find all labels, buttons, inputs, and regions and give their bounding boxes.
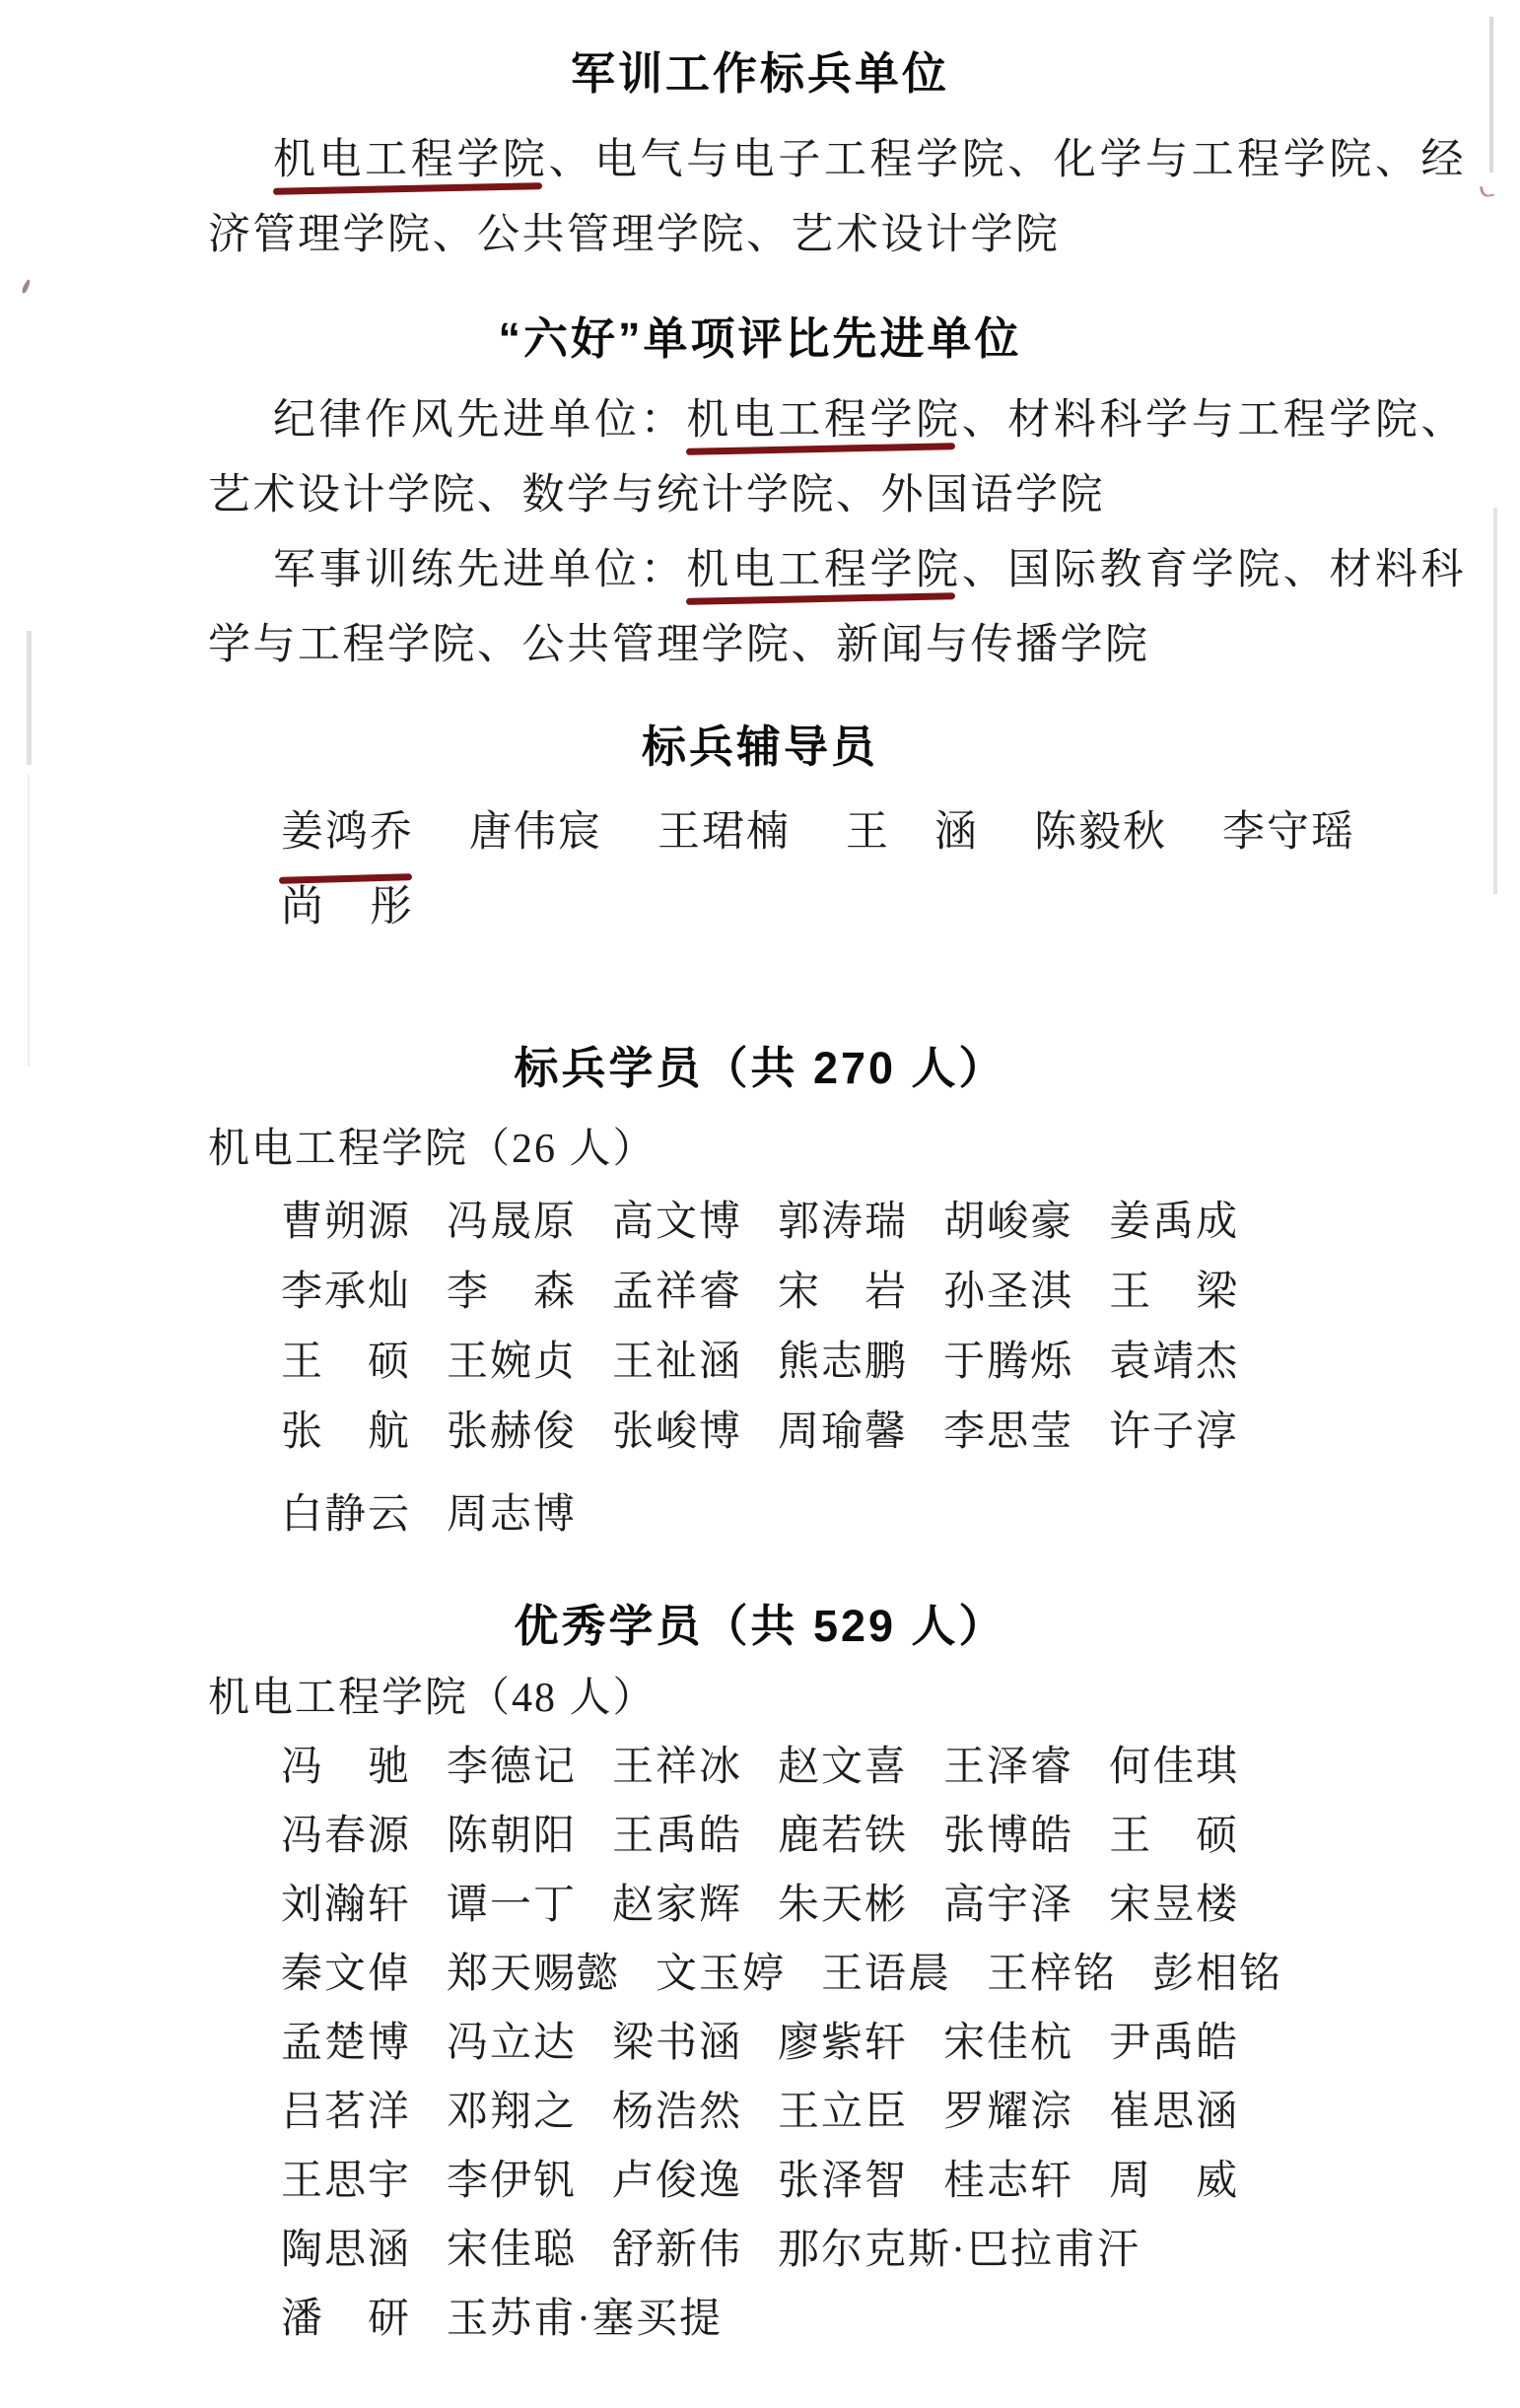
student-name: 那尔克斯·巴拉甫汗	[778, 2216, 1140, 2285]
section-title-excellent-students: 优秀学员（共 529 人）	[0, 1592, 1520, 1661]
college-heading-model: 机电工程学院（26 人）	[208, 1115, 1466, 1184]
counselor-name-underlined: 姜鸿乔	[281, 795, 414, 870]
underlined-college-2: 机电工程学院	[686, 397, 961, 444]
student-row: 刘瀚轩谭一丁赵家辉朱天彬高宇泽宋昱楼	[281, 1871, 1466, 1940]
student-row: 冯 驰李德记王祥冰赵文喜王泽睿何佳琪	[281, 1733, 1466, 1802]
student-name: 周 威	[1109, 2147, 1239, 2216]
student-name: 孙圣淇	[943, 1258, 1073, 1328]
counselor-row: 姜鸿乔 唐伟宸王珺楠王 涵陈毅秋李守瑶	[281, 795, 1466, 870]
student-name: 张赫俊	[447, 1398, 577, 1468]
student-name: 赵文喜	[778, 1733, 908, 1802]
counselor-row: 尚 彤	[281, 870, 1466, 945]
student-name: 赵家辉	[612, 1871, 742, 1940]
student-name: 张博皓	[943, 1802, 1073, 1871]
student-name: 白静云	[281, 1480, 411, 1549]
student-name: 卢俊逸	[612, 2147, 742, 2216]
counselor-list: 姜鸿乔 唐伟宸王珺楠王 涵陈毅秋李守瑶 尚 彤	[0, 795, 1520, 945]
student-row: 王思宇李伊钒卢俊逸张泽智桂志轩周 威	[281, 2147, 1466, 2216]
student-row: 张 航张赫俊张峻博周瑜馨李思莹许子淳	[281, 1398, 1466, 1468]
student-name: 袁靖杰	[1109, 1328, 1239, 1398]
student-name: 孟楚博	[281, 2009, 411, 2078]
student-name: 崔思涵	[1109, 2078, 1239, 2147]
student-name: 陶思涵	[281, 2216, 411, 2285]
student-name: 于腾烁	[943, 1328, 1073, 1398]
student-name: 曹朔源	[281, 1188, 411, 1258]
student-name: 胡峻豪	[943, 1188, 1073, 1258]
student-name: 朱天彬	[778, 1871, 908, 1940]
student-name: 邓翔之	[447, 2078, 577, 2147]
student-name: 张 航	[281, 1398, 411, 1468]
student-name: 宋 岩	[778, 1258, 908, 1328]
student-row: 曹朔源冯晟原高文博郭涛瑞胡峻豪姜禹成	[281, 1188, 1466, 1258]
student-name: 玉苏甫·塞买提	[447, 2285, 723, 2354]
military-lead: 军事训练先进单位：	[273, 547, 686, 593]
student-name: 高文博	[612, 1188, 742, 1258]
student-name: 王 硕	[281, 1328, 411, 1398]
student-name: 王泽睿	[943, 1733, 1073, 1802]
discipline-lead: 纪律作风先进单位：	[273, 397, 686, 444]
military-units-paragraph: 军事训练先进单位：机电工程学院、国际教育学院、材料科学与工程学院、公共管理学院、…	[208, 533, 1466, 683]
student-name: 桂志轩	[943, 2147, 1073, 2216]
student-name: 李德记	[447, 1733, 577, 1802]
student-row: 冯春源陈朝阳王禹皓鹿若铁张博皓王 硕	[281, 1802, 1466, 1871]
student-row-extra: 白静云周志博	[281, 1480, 1466, 1549]
student-name: 王 硕	[1109, 1802, 1239, 1871]
student-name: 李伊钒	[447, 2147, 577, 2216]
student-name: 刘瀚轩	[281, 1871, 411, 1940]
student-name: 王祉涵	[612, 1328, 742, 1398]
student-name: 宋昱楼	[1109, 1871, 1239, 1940]
student-name: 潘 研	[281, 2285, 411, 2354]
section-title-counselors: 标兵辅导员	[0, 713, 1520, 782]
student-name: 梁书涵	[612, 2009, 742, 2078]
student-name: 王语晨	[821, 1940, 951, 2009]
student-name: 王祥冰	[612, 1733, 742, 1802]
student-name: 冯晟原	[447, 1188, 577, 1258]
student-name: 彭相铭	[1152, 1940, 1282, 2009]
student-name: 冯立达	[447, 2009, 577, 2078]
student-name: 王 梁	[1109, 1258, 1239, 1328]
student-row: 秦文倬郑天赐懿文玉婷王语晨王梓铭彭相铭	[281, 1940, 1466, 2009]
student-name: 熊志鹏	[778, 1328, 908, 1398]
student-name: 王梓铭	[987, 1940, 1117, 2009]
student-name: 宋佳聪	[447, 2216, 577, 2285]
student-name: 宋佳杭	[943, 2009, 1073, 2078]
student-name: 周志博	[447, 1480, 577, 1549]
student-name: 罗耀淙	[943, 2078, 1073, 2147]
section-title-six-good: “六好”单项评比先进单位	[0, 305, 1520, 374]
college-heading-excellent: 机电工程学院（48 人）	[208, 1664, 1466, 1733]
student-row: 孟楚博冯立达梁书涵廖紫轩宋佳杭尹禹皓	[281, 2009, 1466, 2078]
counselor-name: 李守瑶	[1222, 795, 1355, 870]
student-name: 冯春源	[281, 1802, 411, 1871]
student-name: 王思宇	[281, 2147, 411, 2216]
student-name: 文玉婷	[656, 1940, 786, 2009]
student-name: 李思莹	[943, 1398, 1073, 1468]
document-page: 军训工作标兵单位 机电工程学院、电气与电子工程学院、化学与工程学院、经济管理学院…	[0, 0, 1520, 2354]
student-name: 许子淳	[1109, 1398, 1239, 1468]
student-name: 尹禹皓	[1109, 2009, 1239, 2078]
student-row: 李承灿李 森孟祥睿宋 岩孙圣淇王 梁	[281, 1258, 1466, 1328]
student-row: 吕茗洋邓翔之杨浩然王立臣罗耀淙崔思涵	[281, 2078, 1466, 2147]
student-name: 鹿若铁	[778, 1802, 908, 1871]
student-name: 周瑜馨	[778, 1398, 908, 1468]
student-name: 郑天赐懿	[447, 1940, 620, 2009]
excellent-students-list: 冯 驰李德记王祥冰赵文喜王泽睿何佳琪 冯春源陈朝阳王禹皓鹿若铁张博皓王 硕 刘瀚…	[0, 1733, 1520, 2354]
model-units-paragraph: 机电工程学院、电气与电子工程学院、化学与工程学院、经济管理学院、公共管理学院、艺…	[208, 123, 1466, 273]
student-name: 冯 驰	[281, 1733, 411, 1802]
student-name: 王立臣	[778, 2078, 908, 2147]
student-name: 陈朝阳	[447, 1802, 577, 1871]
counselor-name: 王 涵	[846, 795, 979, 870]
student-name: 高宇泽	[943, 1871, 1073, 1940]
student-name: 吕茗洋	[281, 2078, 411, 2147]
student-name: 孟祥睿	[612, 1258, 742, 1328]
student-name: 秦文倬	[281, 1940, 411, 2009]
student-name: 谭一丁	[447, 1871, 577, 1940]
student-name: 郭涛瑞	[778, 1188, 908, 1258]
student-name: 王婉贞	[447, 1328, 577, 1398]
student-name: 李承灿	[281, 1258, 411, 1328]
model-students-list: 曹朔源冯晟原高文博郭涛瑞胡峻豪姜禹成 李承灿李 森孟祥睿宋 岩孙圣淇王 梁 王 …	[0, 1188, 1520, 1468]
student-name: 廖紫轩	[778, 2009, 908, 2078]
student-name: 舒新伟	[612, 2216, 742, 2285]
student-row: 潘 研玉苏甫·塞买提	[281, 2285, 1466, 2354]
student-row: 王 硕王婉贞王祉涵熊志鹏于腾烁袁靖杰	[281, 1328, 1466, 1398]
student-name: 张峻博	[612, 1398, 742, 1468]
underlined-college-1: 机电工程学院	[273, 137, 548, 183]
student-name: 何佳琪	[1109, 1733, 1239, 1802]
counselor-name: 王珺楠	[657, 795, 791, 870]
section-title-model-units: 军训工作标兵单位	[0, 39, 1520, 108]
student-name: 张泽智	[778, 2147, 908, 2216]
counselor-name: 陈毅秋	[1034, 795, 1167, 870]
student-row: 陶思涵宋佳聪舒新伟那尔克斯·巴拉甫汗	[281, 2216, 1466, 2285]
underlined-college-3: 机电工程学院	[686, 547, 961, 593]
discipline-units-paragraph: 纪律作风先进单位：机电工程学院、材料科学与工程学院、艺术设计学院、数学与统计学院…	[208, 383, 1466, 533]
student-name: 杨浩然	[612, 2078, 742, 2147]
section-title-model-students: 标兵学员（共 270 人）	[0, 1034, 1520, 1103]
student-name: 王禹皓	[612, 1802, 742, 1871]
counselor-name: 唐伟宸	[469, 795, 602, 870]
student-name: 李 森	[447, 1258, 577, 1328]
student-name: 姜禹成	[1109, 1188, 1239, 1258]
